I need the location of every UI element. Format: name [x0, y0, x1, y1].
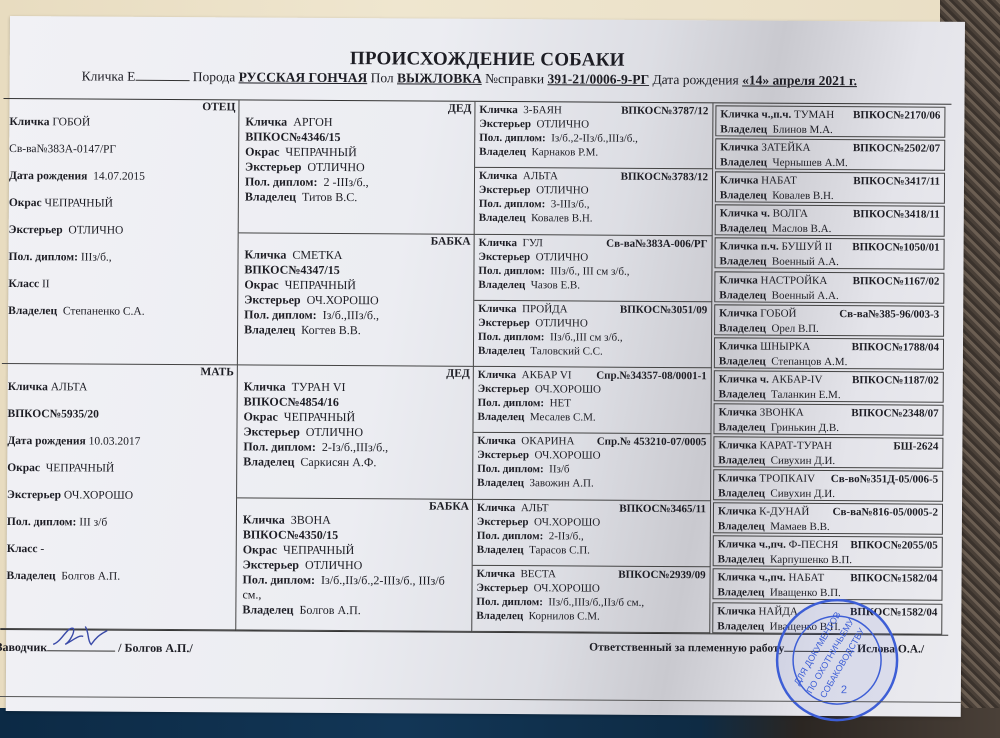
- field-label: Владелец: [479, 212, 526, 224]
- field-value: НЕТ: [550, 397, 571, 409]
- field-row: Владелец Титов В.С.: [245, 189, 468, 205]
- field-row: Кличка АРГОН: [245, 114, 468, 130]
- field-row: Владелец Орел В.П.: [719, 321, 939, 337]
- cert-value: 391-21/0006-9-РГ: [547, 71, 649, 87]
- field-label: Кличка: [720, 241, 758, 253]
- gg-grandparent-cell: ВПКОС№2502/07Кличка ЗАТЕЙКАВладелец Черн…: [715, 138, 945, 170]
- dob-value: «14» апреля 2021 г.: [742, 72, 857, 88]
- field-label: Кличка: [8, 381, 48, 393]
- field-value: Тарасов С.П.: [529, 544, 590, 556]
- field-row: Окрас ЧЕПРАЧНЫЙ: [244, 277, 467, 293]
- registration-number: ВПКОС№3465/11: [619, 501, 706, 516]
- great-grandparent-cell: Спр.№ 453210-07/0005Кличка ОКАРИНАЭкстер…: [473, 433, 711, 501]
- field-value: ОТЛИЧНО: [306, 425, 363, 439]
- field-label: Владелец: [717, 620, 764, 632]
- great-grandparent-cell: Св-ва№383А-006/РГКличка ГУЛЭкстерьер ОТЛ…: [474, 234, 712, 302]
- gg-grandparent-cell: ВПКОС№2170/06Кличка ч.,п.ч. ТУМАНВладеле…: [715, 105, 945, 137]
- field-label: Кличка: [479, 104, 517, 116]
- great-grandparent-cell: ВПКОС№3051/09Кличка ПРОЙДАЭкстерьер ОТЛИ…: [474, 301, 712, 369]
- dog-name: Ф-ПЕСНЯ: [789, 539, 839, 551]
- field-label: Владелец: [242, 602, 293, 616]
- dog-name: 3-БАЯН: [523, 104, 562, 116]
- field-label: Экстерьер: [477, 515, 529, 527]
- field-value: ВПКОС№4350/15: [243, 527, 338, 542]
- field-value: Чазов Е.В.: [531, 279, 580, 291]
- field-value: ОТЛИЧНО: [536, 251, 589, 263]
- breeder-name: / Болгов А.П./: [118, 641, 193, 655]
- field-label: Экстерьер: [7, 489, 61, 501]
- field-value: ЧЕПРАЧНЫЙ: [285, 145, 356, 159]
- dog-name: ЗВОНКА: [760, 406, 804, 418]
- mother-class: -: [40, 543, 44, 555]
- field-label: Экстерьер: [478, 383, 530, 395]
- field-value: IIIз/б., III см з/б.,: [550, 265, 629, 277]
- field-row: Владелец Таланкин Е.М.: [719, 387, 939, 403]
- field-label: Владелец: [477, 477, 524, 489]
- mother-diploma: III з/б: [79, 516, 107, 528]
- field-value: ЗВОНА: [291, 512, 331, 526]
- field-value: Корнилов С.М.: [529, 610, 600, 622]
- field-label: Экстерьер: [243, 557, 299, 571]
- field-value: Маслов В.А.: [772, 223, 831, 235]
- field-label: Владелец: [718, 454, 765, 466]
- field-value: ОТЛИЧНО: [307, 160, 364, 174]
- field-label: Кличка: [719, 340, 757, 352]
- stamp-number: 2: [841, 684, 847, 696]
- grandparent-role: БАБКА: [429, 499, 469, 514]
- gg-grandparent-cell: Св-во№351Д-05/006-5Кличка ТРОПКАIVВладел…: [713, 469, 943, 501]
- mother-cell: МАТЬ Кличка АЛЬТА ВПКОС№5935/20 Дата рож…: [0, 364, 238, 630]
- field-row: Владелец Когтев В.В.: [244, 322, 467, 338]
- official-stamp: ДЛЯ ДОКУМЕНТОВ ПО ОХОТНИЧЬЕМУ СОБАКОВОДС…: [772, 595, 903, 726]
- breed-label: Порода: [193, 69, 236, 84]
- field-row: Владелец Мамаев В.В.: [718, 520, 938, 536]
- field-value: Военный А.А.: [772, 256, 839, 268]
- field-row: Владелец Сивухин Д.И.: [718, 486, 938, 502]
- field-value: Iз/б.,2-IIз/б.,IIIз/б.,: [551, 132, 638, 145]
- field-label: Кличка: [477, 568, 515, 580]
- registration-number: ВПКОС№1050/01: [852, 241, 939, 257]
- title-prefix: ч.,п.ч.: [762, 109, 792, 121]
- breeder-signature: [47, 636, 115, 651]
- dog-name: НАБАТ: [761, 175, 797, 187]
- field-label: Владелец: [720, 156, 767, 168]
- registration-number: ВПКОС№2502/07: [853, 141, 940, 157]
- field-row: Пол. диплом: IIз/б.,IIIз/б.,IIз/б см.,: [476, 595, 705, 610]
- field-row: Владелец Карпушенко В.П.: [718, 553, 938, 569]
- gg-grandparent-cell: ВПКОС№1050/01Кличка п.ч. БУШУЙ IIВладеле…: [714, 238, 944, 270]
- field-value: Военный А.А.: [772, 289, 839, 301]
- father-diploma: IIIз/б.,: [81, 251, 112, 263]
- field-label: Кличка: [720, 108, 758, 120]
- field-row: Пол. диплом: Iз/б.,IIз/б.,2-IIIз/б., III…: [242, 572, 465, 603]
- field-row: ВПКОС№3051/09Кличка ПРОЙДА: [478, 302, 707, 317]
- field-label: Экстерьер: [479, 118, 531, 130]
- field-row: Спр.№34357-08/0001-1Кличка АКБАР VI: [478, 368, 707, 383]
- field-label: Кличка: [718, 539, 756, 551]
- registration-number: ВПКОС№2939/09: [618, 567, 705, 582]
- breed-value: РУССКАЯ ГОНЧАЯ: [239, 69, 368, 85]
- field-row: Экстерьер ОЧ.ХОРОШО: [476, 581, 705, 596]
- field-value: ОТЛИЧНО: [536, 184, 589, 196]
- father-class: II: [42, 278, 50, 290]
- grandparent-cell: БАБКАКличка ЗВОНАВПКОС№4350/15Окрас ЧЕПР…: [236, 498, 473, 632]
- field-row: ВПКОС№1050/01Кличка п.ч. БУШУЙ II: [720, 240, 940, 256]
- field-row: Владелец Саркисян А.Ф.: [243, 454, 466, 470]
- field-value: Карпушенко В.П.: [770, 554, 852, 567]
- registration-number: ВПКОС№2170/06: [853, 108, 940, 124]
- field-row: Владелец Сивухин Д.И.: [718, 453, 938, 469]
- field-value: ЧЕПРАЧНЫЙ: [284, 410, 355, 424]
- field-label: Экстерьер: [244, 292, 300, 306]
- field-label: Кличка: [479, 236, 517, 248]
- name-label: Кличка Е: [82, 68, 136, 83]
- grandparent-role: ДЕД: [446, 367, 470, 382]
- field-label: Кличка: [477, 435, 515, 447]
- field-row: Экстерьер ОЧ.ХОРОШО: [477, 514, 706, 529]
- field-row: ВПКОС№4347/15: [244, 262, 467, 278]
- field-label: Кличка: [719, 406, 757, 418]
- field-label: Владелец: [478, 345, 525, 357]
- field-value: Сивухин Д.И.: [770, 488, 835, 500]
- field-row: ВПКОС№2939/09Кличка ВЕСТА: [477, 567, 706, 582]
- field-label: Кличка: [244, 379, 286, 393]
- dog-name: ГОБОЙ: [760, 307, 796, 319]
- field-row: Пол. диплом: 2-IIз/б.,: [477, 528, 706, 543]
- registration-number: Спр.№34357-08/0001-1: [596, 369, 707, 384]
- dog-name: ПРОЙДА: [522, 303, 568, 315]
- field-row: Владелец Месалев С.М.: [478, 410, 707, 425]
- father-name: ГОБОЙ: [52, 116, 90, 128]
- field-row: ВПКОС№1582/04Кличка ч.,пч. НАБАТ: [718, 571, 938, 587]
- field-label: Кличка: [245, 114, 287, 128]
- father-cell: ОТЕЦ Кличка ГОБОЙ Св-ва№383А-0147/РГ Дат…: [2, 99, 240, 365]
- field-row: ВПКОС№4346/15: [245, 129, 468, 145]
- field-row: Владелец Корнилов С.М.: [476, 609, 705, 624]
- field-label: Пол. диплом:: [244, 307, 317, 321]
- field-label: Владелец: [245, 189, 296, 203]
- field-row: Св-ва№385-96/003-3Кличка ГОБОЙ: [719, 306, 939, 322]
- field-row: Пол. диплом: Iз/б.,2-IIз/б.,IIIз/б.,: [479, 131, 708, 146]
- sex-label: Пол: [371, 70, 394, 85]
- breeder-signature-line: Заводчик / Болгов А.П./: [0, 636, 193, 656]
- field-label: Пол. диплом:: [478, 264, 545, 276]
- field-label: Кличка: [243, 512, 285, 526]
- field-label: Кличка: [719, 373, 757, 385]
- registration-number: ВПКОС№1788/04: [852, 340, 939, 356]
- dob-label: Дата рождения: [652, 72, 738, 88]
- field-value: ОЧ.ХОРОШО: [534, 516, 600, 528]
- field-row: Кличка ТУРАН VI: [244, 379, 467, 395]
- field-value: Степанцов А.М.: [771, 355, 847, 367]
- field-row: Окрас ЧЕПРАЧНЫЙ: [243, 542, 466, 558]
- grandparent-role: ДЕД: [448, 102, 472, 117]
- field-row: БШ-2624Кличка КАРАТ-ТУРАН: [718, 438, 938, 454]
- field-row: Владелец Степанцов А.М.: [719, 354, 939, 370]
- field-row: Экстерьер ОЧ.ХОРОШО: [477, 448, 706, 463]
- field-row: Владелец Болгов А.П.: [242, 602, 465, 618]
- responsible-label: Ответственный за племенную работу: [589, 642, 784, 655]
- field-row: Пол. диплом: Iз/б.,IIIз/б.,: [244, 307, 467, 323]
- grandparent-cell: ДЕДКличка АРГОНВПКОС№4346/15Окрас ЧЕПРАЧ…: [239, 100, 476, 234]
- field-label: Класс: [8, 278, 39, 290]
- mother-exterior: ОЧ.ХОРОШО: [64, 489, 133, 501]
- registration-number: ВПКОС№1582/04: [850, 572, 937, 588]
- field-value: ОЧ.ХОРОШО: [535, 383, 601, 395]
- field-label: Пол. диплом:: [477, 529, 544, 541]
- mother-owner: Болгов А.П.: [61, 570, 120, 582]
- field-label: Владелец: [720, 123, 767, 135]
- field-row: Пол. диплом: IIз/б.,III см з/б.,: [478, 330, 707, 345]
- father-reg: Св-ва№383А-0147/РГ: [9, 142, 232, 158]
- field-label: Пол. диплом:: [478, 331, 545, 343]
- field-row: ВПКОС№3787/12Кличка 3-БАЯН: [479, 103, 708, 118]
- father-color: ЧЕПРАЧНЫЙ: [45, 197, 113, 209]
- field-label: Владелец: [719, 322, 766, 334]
- registration-number: ВПКОС№3417/11: [853, 174, 940, 190]
- mother-role: МАТЬ: [200, 365, 234, 380]
- field-label: Владелец: [718, 487, 765, 499]
- field-label: Владелец: [720, 223, 767, 235]
- dog-name: ГУЛ: [522, 237, 542, 249]
- dog-name: ОКАРИНА: [521, 435, 574, 447]
- field-value: ЧЕПРАЧНЫЙ: [285, 277, 356, 291]
- field-label: Владелец: [718, 421, 765, 433]
- field-label: Пол. диплом:: [243, 572, 316, 586]
- field-row: ВПКОС№3417/11Кличка НАБАТ: [720, 174, 940, 190]
- field-row: Пол. диплом: IIIз/б., III см з/б.,: [478, 263, 707, 278]
- title-prefix: ч.,пч.: [759, 539, 786, 551]
- field-label: Кличка: [720, 175, 758, 187]
- field-row: ВПКОС№4350/15: [243, 527, 466, 543]
- field-row: Окрас ЧЕПРАЧНЫЙ: [244, 409, 467, 425]
- field-row: ВПКОС№1167/02Кличка НАСТРОЙКА: [719, 273, 939, 289]
- field-value: 3-IIIз/б.,: [551, 199, 590, 211]
- field-value: ОТЛИЧНО: [305, 557, 362, 571]
- dog-name: НАБАТ: [788, 572, 824, 584]
- field-row: Владелец Чернышев А.М.: [720, 155, 940, 171]
- field-row: ВПКОС№1788/04Кличка ШНЫРКА: [719, 339, 939, 355]
- field-row: Пол. диплом: НЕТ: [478, 396, 707, 411]
- field-label: Владелец: [719, 355, 766, 367]
- field-label: Окрас: [243, 542, 277, 556]
- field-label: Пол. диплом:: [476, 596, 543, 608]
- dog-name: АКБАР VI: [522, 369, 572, 381]
- dog-name: ВОЛГА: [773, 208, 808, 220]
- dog-name: КАРАТ-ТУРАН: [759, 440, 832, 452]
- field-value: Iз/б.,IIIз/б.,: [323, 307, 379, 321]
- registration-number: ВПКОС№3783/12: [621, 170, 708, 185]
- field-label: Пол. диплом:: [8, 251, 78, 263]
- field-row: Владелец Ковалев В.Н.: [479, 211, 708, 226]
- field-label: Владелец: [476, 610, 523, 622]
- field-row: Владелец Ковалев В.Н.: [720, 189, 940, 205]
- father-exterior: ОТЛИЧНО: [68, 224, 123, 236]
- father-role: ОТЕЦ: [202, 100, 235, 115]
- field-row: Владелец Завожин А.П.: [477, 476, 706, 491]
- field-row: ВПКОС№1187/02Кличка ч. АКБАР-IV: [719, 372, 939, 388]
- registration-number: ВПКОС№2055/05: [850, 538, 937, 554]
- field-row: ВПКОС№2502/07Кличка ЗАТЕЙКА: [720, 140, 940, 156]
- field-label: Владелец: [478, 411, 525, 423]
- dog-name: ЗАТЕЙКА: [761, 142, 810, 154]
- field-label: Владелец: [719, 256, 766, 268]
- field-value: Завожин А.П.: [529, 477, 593, 489]
- title-prefix: ч.: [760, 373, 769, 385]
- field-label: Владелец: [718, 554, 765, 566]
- header-line: Кличка Е Порода РУССКАЯ ГОНЧАЯ Пол ВЫЖЛО…: [82, 67, 857, 89]
- field-row: Кличка ЗВОНА: [243, 512, 466, 528]
- registration-number: Св-во№351Д-05/006-5: [831, 472, 939, 488]
- grandparent-cell: БАБКАКличка СМЕТКАВПКОС№4347/15Окрас ЧЕП…: [238, 233, 475, 367]
- gg-grandparent-cell: Св-ва№385-96/003-3Кличка ГОБОЙВладелец О…: [714, 304, 944, 336]
- registration-number: ВПКОС№2348/07: [851, 406, 938, 422]
- field-value: ВПКОС№4347/15: [244, 262, 339, 277]
- field-row: Экстерьер ОТЛИЧНО: [479, 183, 708, 198]
- gg-grandparent-cell: ВПКОС№3418/11Кличка ч. ВОЛГАВладелец Мас…: [715, 205, 945, 237]
- field-label: Окрас: [245, 144, 279, 158]
- field-label: Пол. диплом:: [479, 198, 546, 210]
- field-value: 2 -IIIз/б.,: [323, 175, 368, 189]
- field-label: Кличка: [720, 141, 758, 153]
- registration-number: ВПКОС№3418/11: [853, 207, 940, 223]
- field-row: Владелец Таловский С.С.: [478, 344, 707, 359]
- great-grandparent-cell: ВПКОС№2939/09Кличка ВЕСТАЭкстерьер ОЧ.ХО…: [472, 566, 710, 634]
- field-label: Окрас: [244, 277, 278, 291]
- great-grandparent-cell: ВПКОС№3787/12Кличка 3-БАЯНЭкстерьер ОТЛИ…: [475, 102, 713, 170]
- field-label: Окрас: [9, 197, 42, 209]
- field-row: ВПКОС№4854/16: [244, 394, 467, 410]
- field-label: Кличка: [478, 369, 516, 381]
- field-label: Класс: [7, 543, 38, 555]
- field-row: Владелец Карнаков Р.М.: [479, 145, 708, 160]
- field-value: IIз/б.,IIIз/б.,IIз/б см.,: [548, 596, 644, 609]
- sex-value: ВЫЖЛОВКА: [397, 70, 482, 86]
- field-row: Св-во№351Д-05/006-5Кличка ТРОПКАIV: [718, 471, 938, 487]
- field-row: ВПКОС№2055/05Кличка ч.,пч. Ф-ПЕСНЯ: [718, 538, 938, 554]
- field-value: IIз/б.,III см з/б.,: [550, 331, 623, 343]
- field-label: Владелец: [717, 587, 764, 599]
- field-label: Кличка: [478, 303, 516, 315]
- field-label: Экстерьер: [479, 250, 531, 262]
- mother-reg: ВПКОС№5935/20: [8, 407, 231, 423]
- father-dob: 14.07.2015: [93, 171, 145, 183]
- field-row: ВПКОС№3465/11Кличка АЛЬТ: [477, 500, 706, 515]
- pedigree-table: ОТЕЦ Кличка ГОБОЙ Св-ва№383А-0147/РГ Дат…: [0, 98, 951, 636]
- field-label: Владелец: [479, 146, 526, 158]
- pedigree-document: ПРОИСХОЖДЕНИЕ СОБАКИ Кличка Е Порода РУС…: [6, 16, 965, 717]
- field-value: АРГОН: [293, 115, 332, 129]
- dog-name: ШНЫРКА: [760, 340, 810, 352]
- field-value: Титов В.С.: [302, 190, 357, 204]
- field-value: Сивухин Д.И.: [771, 455, 836, 467]
- gg-grandparent-cell: ВПКОС№2055/05Кличка ч.,пч. Ф-ПЕСНЯВладел…: [713, 536, 943, 568]
- field-value: Блинов М.А.: [773, 124, 833, 136]
- field-row: ВПКОС№2348/07Кличка ЗВОНКА: [719, 405, 939, 421]
- field-value: 2-IIз/б.,: [549, 530, 584, 542]
- field-row: Экстерьер ОТЛИЧНО: [245, 159, 468, 175]
- registration-number: ВПКОС№1187/02: [852, 373, 939, 389]
- field-label: Экстерьер: [243, 424, 299, 438]
- field-value: ВПКОС№4346/15: [245, 129, 340, 144]
- field-value: Ковалев В.Н.: [531, 212, 592, 224]
- field-label: Экстерьер: [477, 449, 529, 461]
- field-value: ОЧ.ХОРОШО: [534, 582, 600, 594]
- field-value: ОТЛИЧНО: [536, 118, 589, 130]
- field-value: Гринькин Д.В.: [771, 422, 839, 434]
- field-value: ЧЕПРАЧНЫЙ: [283, 542, 354, 556]
- field-value: Мамаев В.В.: [770, 521, 830, 533]
- field-label: Пол. диплом:: [479, 132, 546, 144]
- field-value: ОТЛИЧНО: [535, 317, 588, 329]
- title-prefix: ч.,пч.: [759, 572, 786, 584]
- field-value: Ковалев В.Н.: [772, 190, 833, 202]
- field-label: Владелец: [719, 388, 766, 400]
- field-label: Владелец: [719, 289, 766, 301]
- gg-grandparent-cell: ВПКОС№2348/07Кличка ЗВОНКАВладелец Гринь…: [713, 403, 943, 435]
- field-label: Кличка: [718, 472, 756, 484]
- father-owner: Степаненко С.А.: [63, 305, 145, 317]
- field-row: Экстерьер ОЧ.ХОРОШО: [478, 382, 707, 397]
- field-row: Владелец Маслов В.А.: [720, 222, 940, 238]
- registration-number: ВПКОС№1167/02: [853, 274, 940, 290]
- field-label: Кличка: [719, 307, 757, 319]
- field-value: Карнаков Р.М.: [532, 146, 599, 158]
- dog-name: К-ДУНАЙ: [759, 506, 809, 518]
- registration-number: Спр.№ 453210-07/0005: [597, 435, 707, 450]
- field-label: Пол. диплом:: [243, 439, 316, 453]
- registration-number: Св-ва№385-96/003-3: [839, 307, 939, 323]
- field-label: Кличка: [720, 208, 758, 220]
- field-label: Владелец: [478, 278, 525, 290]
- field-label: Кличка: [9, 116, 49, 128]
- gg-grandparent-cell: Св-ва№816-05/0005-2Кличка К-ДУНАЙВладеле…: [713, 502, 943, 534]
- field-value: Орел В.П.: [771, 322, 818, 334]
- field-value: 2-Iз/б.,IIIз/б.,: [322, 440, 388, 454]
- field-label: Кличка: [718, 572, 756, 584]
- registration-number: Св-ва№383А-006/РГ: [606, 236, 708, 251]
- field-label: Окрас: [244, 409, 278, 423]
- field-label: Дата рождения: [7, 435, 85, 447]
- field-label: Экстерьер: [476, 582, 528, 594]
- field-row: ВПКОС№3418/11Кличка ч. ВОЛГА: [720, 207, 940, 223]
- field-label: Владелец: [718, 521, 765, 533]
- title-prefix: п.ч.: [761, 241, 779, 253]
- field-label: Экстерьер: [245, 159, 301, 173]
- dog-name: ТРОПКАIV: [759, 473, 815, 485]
- field-value: СМЕТКА: [292, 247, 342, 261]
- mother-name: АЛЬТА: [51, 381, 88, 393]
- registration-number: БШ-2624: [893, 439, 938, 454]
- great-grandparent-cell: ВПКОС№3465/11Кличка АЛЬТЭкстерьер ОЧ.ХОР…: [473, 499, 711, 567]
- field-row: Кличка СМЕТКА: [245, 247, 468, 263]
- field-row: Окрас ЧЕПРАЧНЫЙ: [245, 144, 468, 160]
- gg-grandparent-cell: ВПКОС№1788/04Кличка ШНЫРКАВладелец Степа…: [714, 337, 944, 369]
- dog-name: ВЕСТА: [520, 568, 556, 580]
- field-label: Владелец: [8, 305, 57, 317]
- field-row: Экстерьер ОТЛИЧНО: [243, 557, 466, 573]
- field-label: Экстерьер: [478, 317, 530, 329]
- field-row: Владелец Военный А.А.: [719, 255, 939, 271]
- field-value: Таловский С.С.: [530, 345, 603, 357]
- dog-name: АЛЬТ: [521, 502, 549, 514]
- registration-number: ВПКОС№3787/12: [621, 104, 708, 119]
- field-row: Владелец Блинов М.А.: [720, 122, 940, 138]
- cert-label: №справки: [485, 71, 544, 86]
- great-grandparent-cell: ВПКОС№3783/12Кличка АЛЬТАЭкстерьер ОТЛИЧ…: [475, 168, 713, 236]
- field-label: Пол. диплом:: [7, 516, 77, 528]
- gg-grandparent-cell: ВПКОС№3417/11Кличка НАБАТВладелец Ковале…: [715, 171, 945, 203]
